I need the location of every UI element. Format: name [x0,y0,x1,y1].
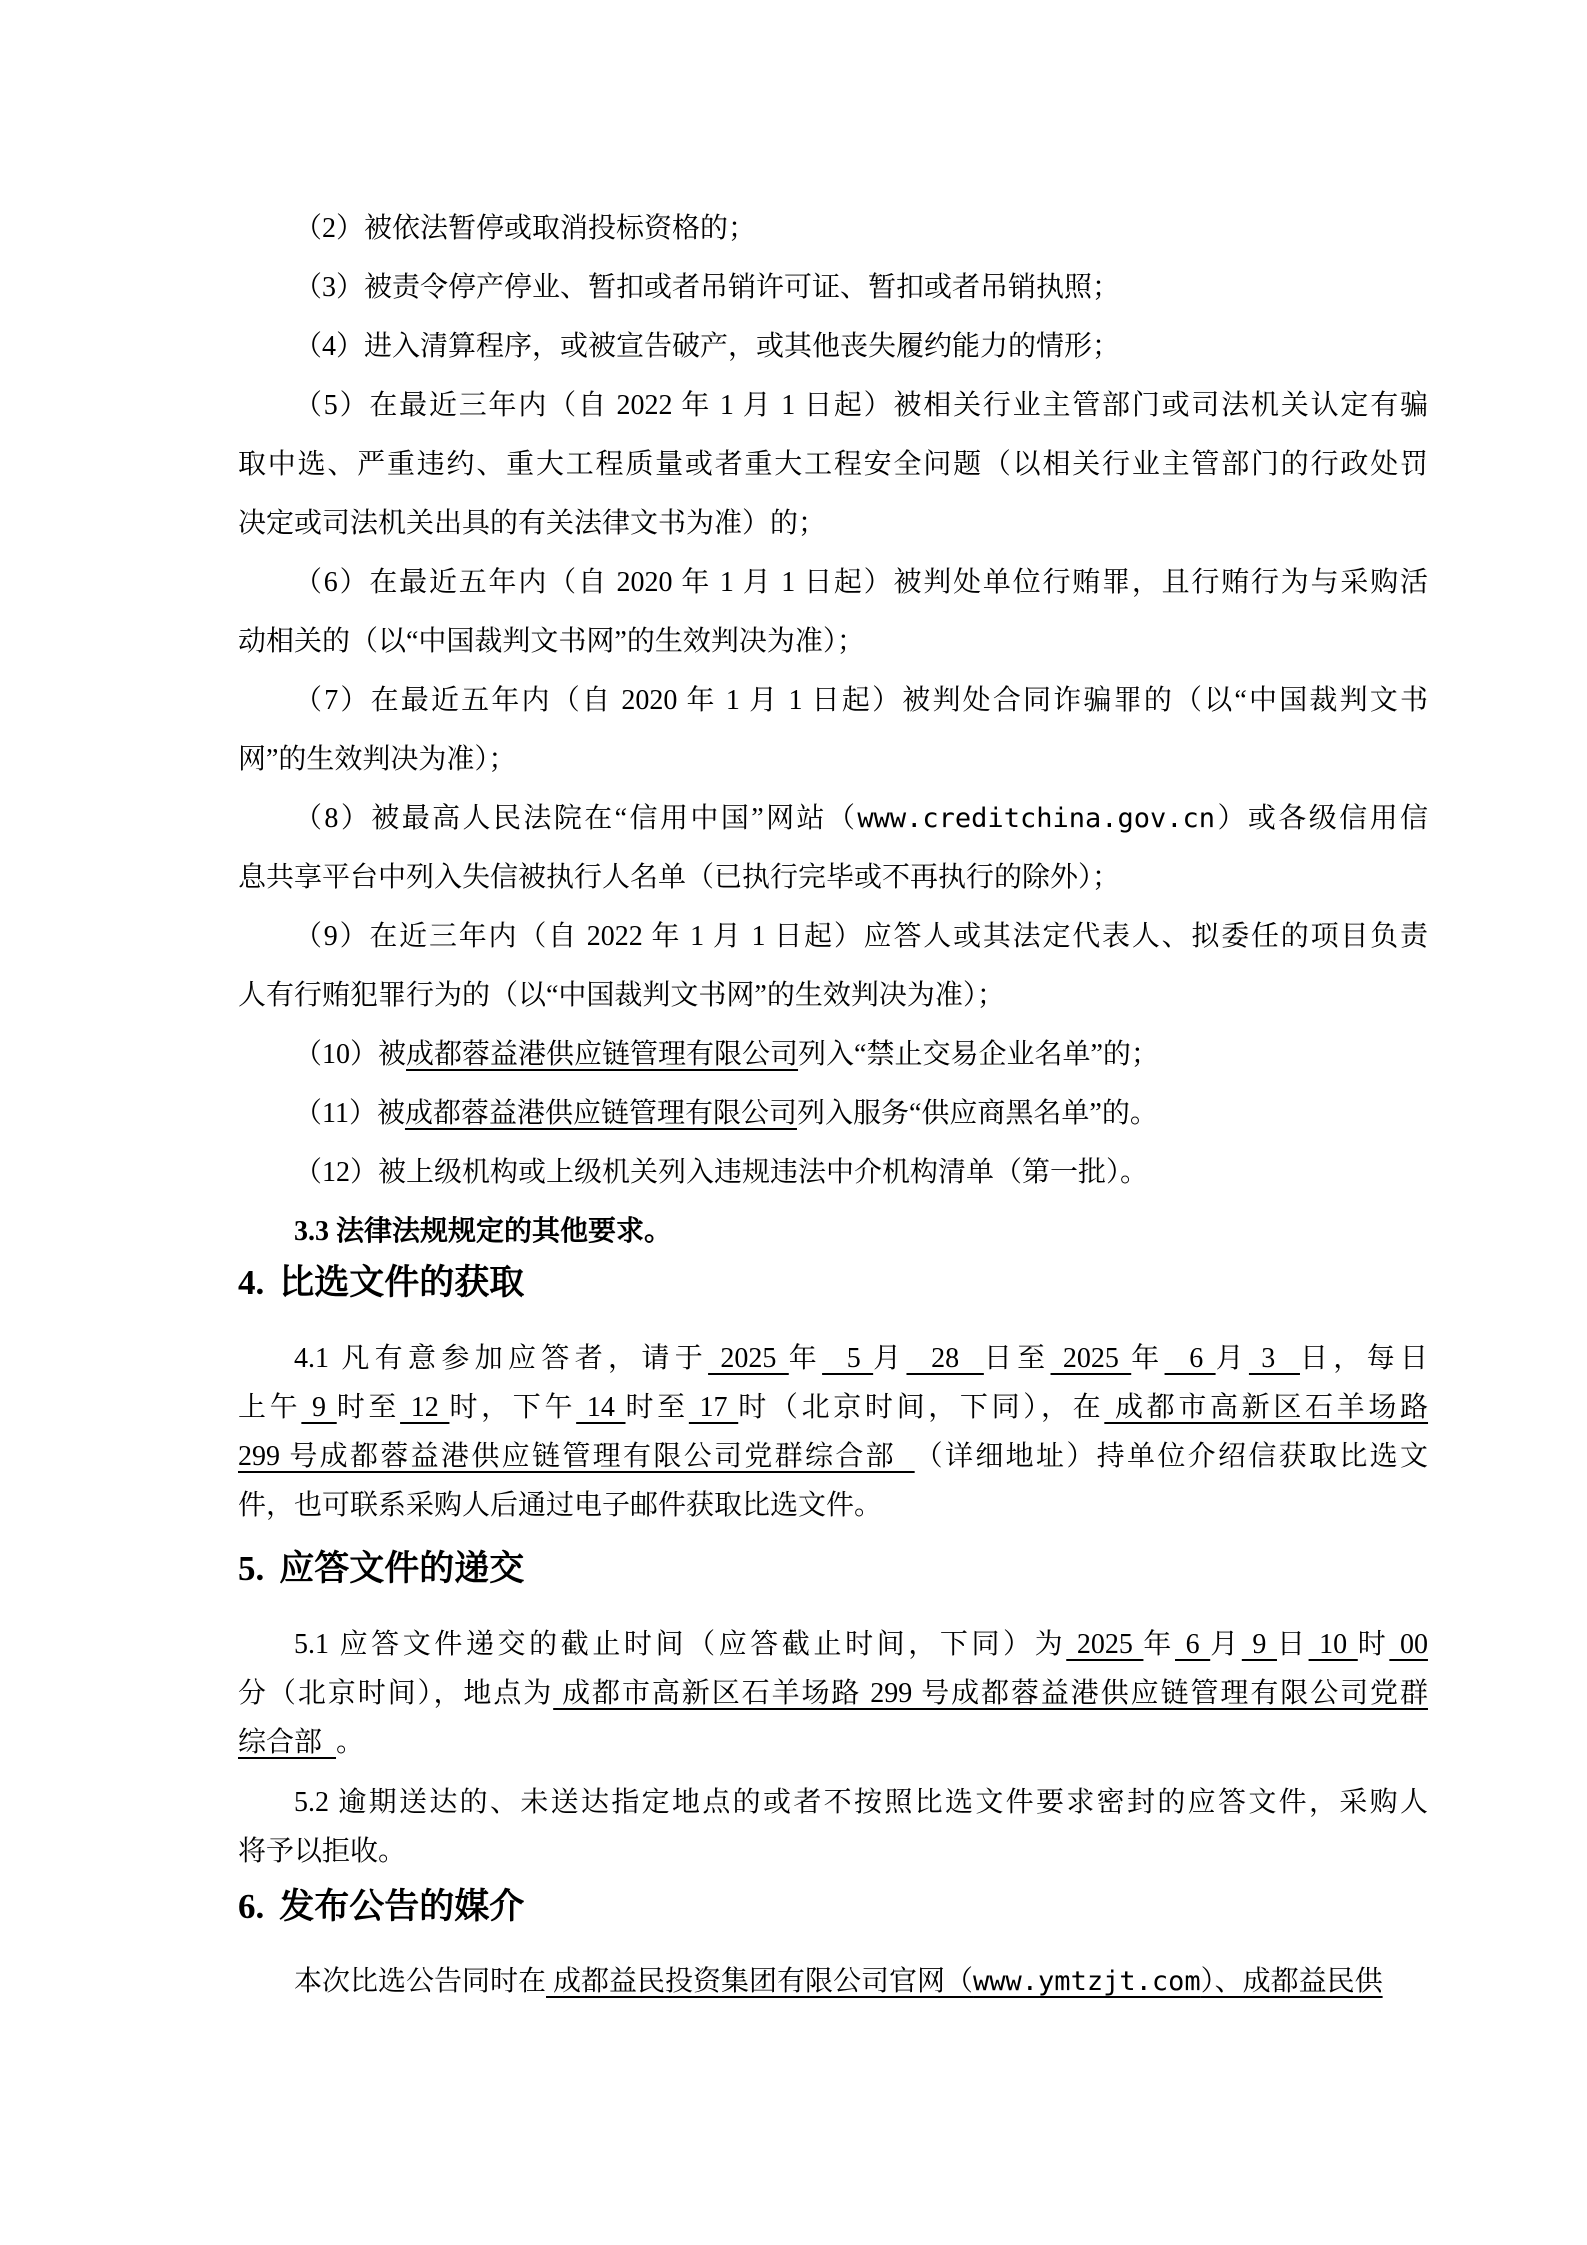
heading-title: 应答文件的递交 [279,1549,524,1588]
document-page: （2）被依法暂停或取消投标资格的；（3）被责令停产停业、暂扣或者吊销许可证、暂扣… [0,0,1587,2245]
underlined-text: ）、成都益民供 [1201,1966,1383,1997]
underlined-text: 2025 [708,1343,789,1374]
text-run: 将予以拒收。 [238,1836,406,1867]
text-line: （7）在最近五年内（自 2020 年 1 月 1 日起）被判处合同诈骗罪的（以“… [238,671,1428,730]
text-run: （12）被上级机构或上级机关列入违规违法中介机构清单（第一批）。 [294,1157,1148,1188]
underlined-text: 2025 [1051,1343,1132,1374]
text-line: （9）在近三年内（自 2022 年 1 月 1 日起）应答人或其法定代表人、拟委… [238,907,1428,966]
text-line: （8）被最高人民法院在“信用中国”网站（www.creditchina.gov.… [238,789,1428,848]
underlined-text: 28 [906,1343,983,1374]
list-item-7: （7）在最近五年内（自 2020 年 1 月 1 日起）被判处合同诈骗罪的（以“… [238,671,1428,789]
underlined-text: 12 [400,1392,449,1423]
heading-number: 5. [238,1549,264,1588]
list-item-6: （6）在最近五年内（自 2020 年 1 月 1 日起）被判处单位行贿罪，且行贿… [238,553,1428,671]
text-run: （2）被依法暂停或取消投标资格的； [294,213,756,244]
list-item-11: （11）被成都蓉益港供应链管理有限公司列入服务“供应商黑名单”的。 [238,1084,1428,1143]
text-run: 列入“禁止交易企业名单”的； [798,1039,1159,1070]
text-run: 年 [1143,1629,1175,1660]
text-run: 息共享平台中列入失信被执行人名单（已执行完毕或不再执行的除外）； [238,862,1120,893]
text-run: 上午 [238,1392,301,1423]
clause-5-1: 5.1 应答文件递交的截止时间（应答截止时间，下同）为 2025 年 6 月 9… [238,1620,1428,1767]
heading-number: 6. [238,1887,264,1926]
text-run: 人有行贿犯罪行为的（以“中国裁判文书网”的生效判决为准）； [238,980,1005,1011]
text-line: 299 号成都蓉益港供应链管理有限公司党群综合部 （详细地址）持单位介绍信获取比… [238,1432,1428,1481]
heading-title: 发布公告的媒介 [279,1887,524,1926]
underlined-text: 9 [1242,1629,1277,1660]
text-run: （7）在最近五年内（自 2020 年 1 月 1 日起）被判处合同诈骗罪的（以“… [294,685,1428,716]
clause-5-2: 5.2 逾期送达的、未送达指定地点的或者不按照比选文件要求密封的应答文件，采购人… [238,1778,1428,1876]
underlined-text: 综合部 [238,1727,336,1758]
text-line: 4.1 凡有意参加应答者，请于 2025 年 5 月 28 日至 2025 年 … [238,1334,1428,1383]
section-heading-6: 6.发布公告的媒介 [238,1885,1428,1929]
text-line: 息共享平台中列入失信被执行人名单（已执行完毕或不再执行的除外）； [238,848,1428,907]
underlined-text: 成都蓉益港供应链管理有限公司 [405,1098,797,1129]
text-run: 日至 [984,1343,1051,1374]
text-line: （5）在最近三年内（自 2022 年 1 月 1 日起）被相关行业主管部门或司法… [238,376,1428,435]
text-line: 将予以拒收。 [238,1827,1428,1876]
text-run: 决定或司法机关出具的有关法律文书为准）的； [238,508,826,539]
text-run: 5.1 应答文件递交的截止时间（应答截止时间，下同）为 [294,1629,1066,1660]
text-run: 取中选、严重违约、重大工程质量或者重大工程安全问题（以相关行业主管部门的行政处罚 [238,449,1428,480]
list-item-4: （4）进入清算程序，或被宣告破产，或其他丧失履约能力的情形； [238,317,1428,376]
underlined-text: 成都市高新区石羊场路 [1104,1392,1428,1423]
text-run: ）或各级信用信 [1215,803,1428,834]
text-run: 列入服务“供应商黑名单”的。 [797,1098,1158,1129]
underlined-text: 成都益民投资集团有限公司官网（ [546,1966,973,1997]
underlined-text: 00 [1389,1629,1428,1660]
text-line: 上午 9 时至 12 时，下午 14 时至 17 时（北京时间，下同），在 成都… [238,1383,1428,1432]
text-run: 5.2 逾期送达的、未送达指定地点的或者不按照比选文件要求密封的应答文件，采购人 [294,1787,1428,1818]
text-run: 网”的生效判决为准）； [238,744,516,775]
text-line: 网”的生效判决为准）； [238,730,1428,789]
text-run: 时至 [626,1392,689,1423]
underlined-text: 6 [1165,1343,1216,1374]
section-heading-5: 5.应答文件的递交 [238,1547,1428,1591]
list-item-3: （3）被责令停产停业、暂扣或者吊销许可证、暂扣或者吊销执照； [238,258,1428,317]
text-line: 3.3 法律法规规定的其他要求。 [238,1202,1428,1261]
text-run: 时，下午 [449,1392,576,1423]
document-body: （2）被依法暂停或取消投标资格的；（3）被责令停产停业、暂扣或者吊销许可证、暂扣… [238,199,1428,2006]
text-run: 日 [1277,1629,1309,1660]
text-line: 分（北京时间），地点为 成都市高新区石羊场路 299 号成都蓉益港供应链管理有限… [238,1669,1428,1718]
text-line: 动相关的（以“中国裁判文书网”的生效判决为准）； [238,612,1428,671]
text-line: 取中选、严重违约、重大工程质量或者重大工程安全问题（以相关行业主管部门的行政处罚 [238,435,1428,494]
text-run: （10）被 [294,1039,406,1070]
text-line: （11）被成都蓉益港供应链管理有限公司列入服务“供应商黑名单”的。 [238,1084,1428,1143]
underlined-text: 2025 [1066,1629,1143,1660]
text-run: （3）被责令停产停业、暂扣或者吊销许可证、暂扣或者吊销执照； [294,272,1120,303]
text-line: （2）被依法暂停或取消投标资格的； [238,199,1428,258]
underlined-text: 6 [1175,1629,1210,1660]
heading-number: 4. [238,1263,264,1302]
underlined-text: 5 [822,1343,873,1374]
text-run: 法律法规规定的其他要求。 [336,1216,672,1247]
text-run: （5）在最近三年内（自 2022 年 1 月 1 日起）被相关行业主管部门或司法… [294,390,1428,421]
text-line: （4）进入清算程序，或被宣告破产，或其他丧失履约能力的情形； [238,317,1428,376]
text-run: 时至 [337,1392,400,1423]
underlined-text: www.ymtzjt.com [973,1966,1201,1997]
text-line: 人有行贿犯罪行为的（以“中国裁判文书网”的生效判决为准）； [238,966,1428,1025]
underlined-text: 3 [1249,1343,1300,1374]
list-item-2: （2）被依法暂停或取消投标资格的； [238,199,1428,258]
text-line: （3）被责令停产停业、暂扣或者吊销许可证、暂扣或者吊销执照； [238,258,1428,317]
text-line: 5.2 逾期送达的、未送达指定地点的或者不按照比选文件要求密封的应答文件，采购人 [238,1778,1428,1827]
clause-6-intro: 本次比选公告同时在 成都益民投资集团有限公司官网（www.ymtzjt.com）… [238,1957,1428,2006]
list-item-12: （12）被上级机构或上级机关列入违规违法中介机构清单（第一批）。 [238,1143,1428,1202]
section-heading-4: 4.比选文件的获取 [238,1261,1428,1305]
underlined-text: 成都蓉益港供应链管理有限公司 [406,1039,798,1070]
text-run: （6）在最近五年内（自 2020 年 1 月 1 日起）被判处单位行贿罪，且行贿… [294,567,1428,598]
text-line: 综合部 。 [238,1718,1428,1767]
list-item-9: （9）在近三年内（自 2022 年 1 月 1 日起）应答人或其法定代表人、拟委… [238,907,1428,1025]
text-run: 月 [1216,1343,1249,1374]
text-line: 决定或司法机关出具的有关法律文书为准）的； [238,494,1428,553]
list-item-10: （10）被成都蓉益港供应链管理有限公司列入“禁止交易企业名单”的； [238,1025,1428,1084]
text-line: 件，也可联系采购人后通过电子邮件获取比选文件。 [238,1481,1428,1530]
underlined-text: 成都市高新区石羊场路 299 号成都蓉益港供应链管理有限公司党群 [553,1678,1428,1709]
underlined-text: 14 [576,1392,625,1423]
text-run: （4）进入清算程序，或被宣告破产，或其他丧失履约能力的情形； [294,331,1120,362]
text-run: 。 [336,1727,364,1758]
text-line: （12）被上级机构或上级机关列入违规违法中介机构清单（第一批）。 [238,1143,1428,1202]
text-run: 动相关的（以“中国裁判文书网”的生效判决为准）； [238,626,865,657]
heading-title: 比选文件的获取 [279,1263,524,1302]
text-run: （11）被 [294,1098,405,1129]
text-run: 年 [1131,1343,1164,1374]
text-run: 日，每日 [1300,1343,1428,1374]
list-item-8: （8）被最高人民法院在“信用中国”网站（www.creditchina.gov.… [238,789,1428,907]
text-line: 本次比选公告同时在 成都益民投资集团有限公司官网（www.ymtzjt.com）… [238,1957,1428,2006]
text-run: 时 [1358,1629,1390,1660]
underlined-text: 17 [689,1392,738,1423]
list-item-5: （5）在最近三年内（自 2022 年 1 月 1 日起）被相关行业主管部门或司法… [238,376,1428,553]
underlined-text: 10 [1309,1629,1358,1660]
text-run: 月 [873,1343,906,1374]
text-run: （详细地址）持单位介绍信获取比选文 [915,1441,1428,1472]
text-line: 5.1 应答文件递交的截止时间（应答截止时间，下同）为 2025 年 6 月 9… [238,1620,1428,1669]
text-run: 时（北京时间，下同），在 [738,1392,1104,1423]
text-run: （9）在近三年内（自 2022 年 1 月 1 日起）应答人或其法定代表人、拟委… [294,921,1428,952]
clause-4-1: 4.1 凡有意参加应答者，请于 2025 年 5 月 28 日至 2025 年 … [238,1334,1428,1530]
underlined-text: 9 [301,1392,336,1423]
text-run: 件，也可联系采购人后通过电子邮件获取比选文件。 [238,1490,882,1521]
text-run: www.creditchina.gov.cn [857,803,1215,834]
text-run: （8）被最高人民法院在“信用中国”网站（ [294,803,857,834]
text-line: （10）被成都蓉益港供应链管理有限公司列入“禁止交易企业名单”的； [238,1025,1428,1084]
text-line: （6）在最近五年内（自 2020 年 1 月 1 日起）被判处单位行贿罪，且行贿… [238,553,1428,612]
underlined-text: 299 号成都蓉益港供应链管理有限公司党群综合部 [238,1441,915,1472]
text-run: 分（北京时间），地点为 [238,1678,553,1709]
subheading-3-3: 3.3 法律法规规定的其他要求。 [238,1202,1428,1261]
text-run: 4.1 凡有意参加应答者，请于 [294,1343,708,1374]
text-run: 年 [789,1343,822,1374]
text-run: 月 [1210,1629,1242,1660]
text-run: 本次比选公告同时在 [294,1966,546,1997]
text-run: 3.3 [294,1216,336,1247]
